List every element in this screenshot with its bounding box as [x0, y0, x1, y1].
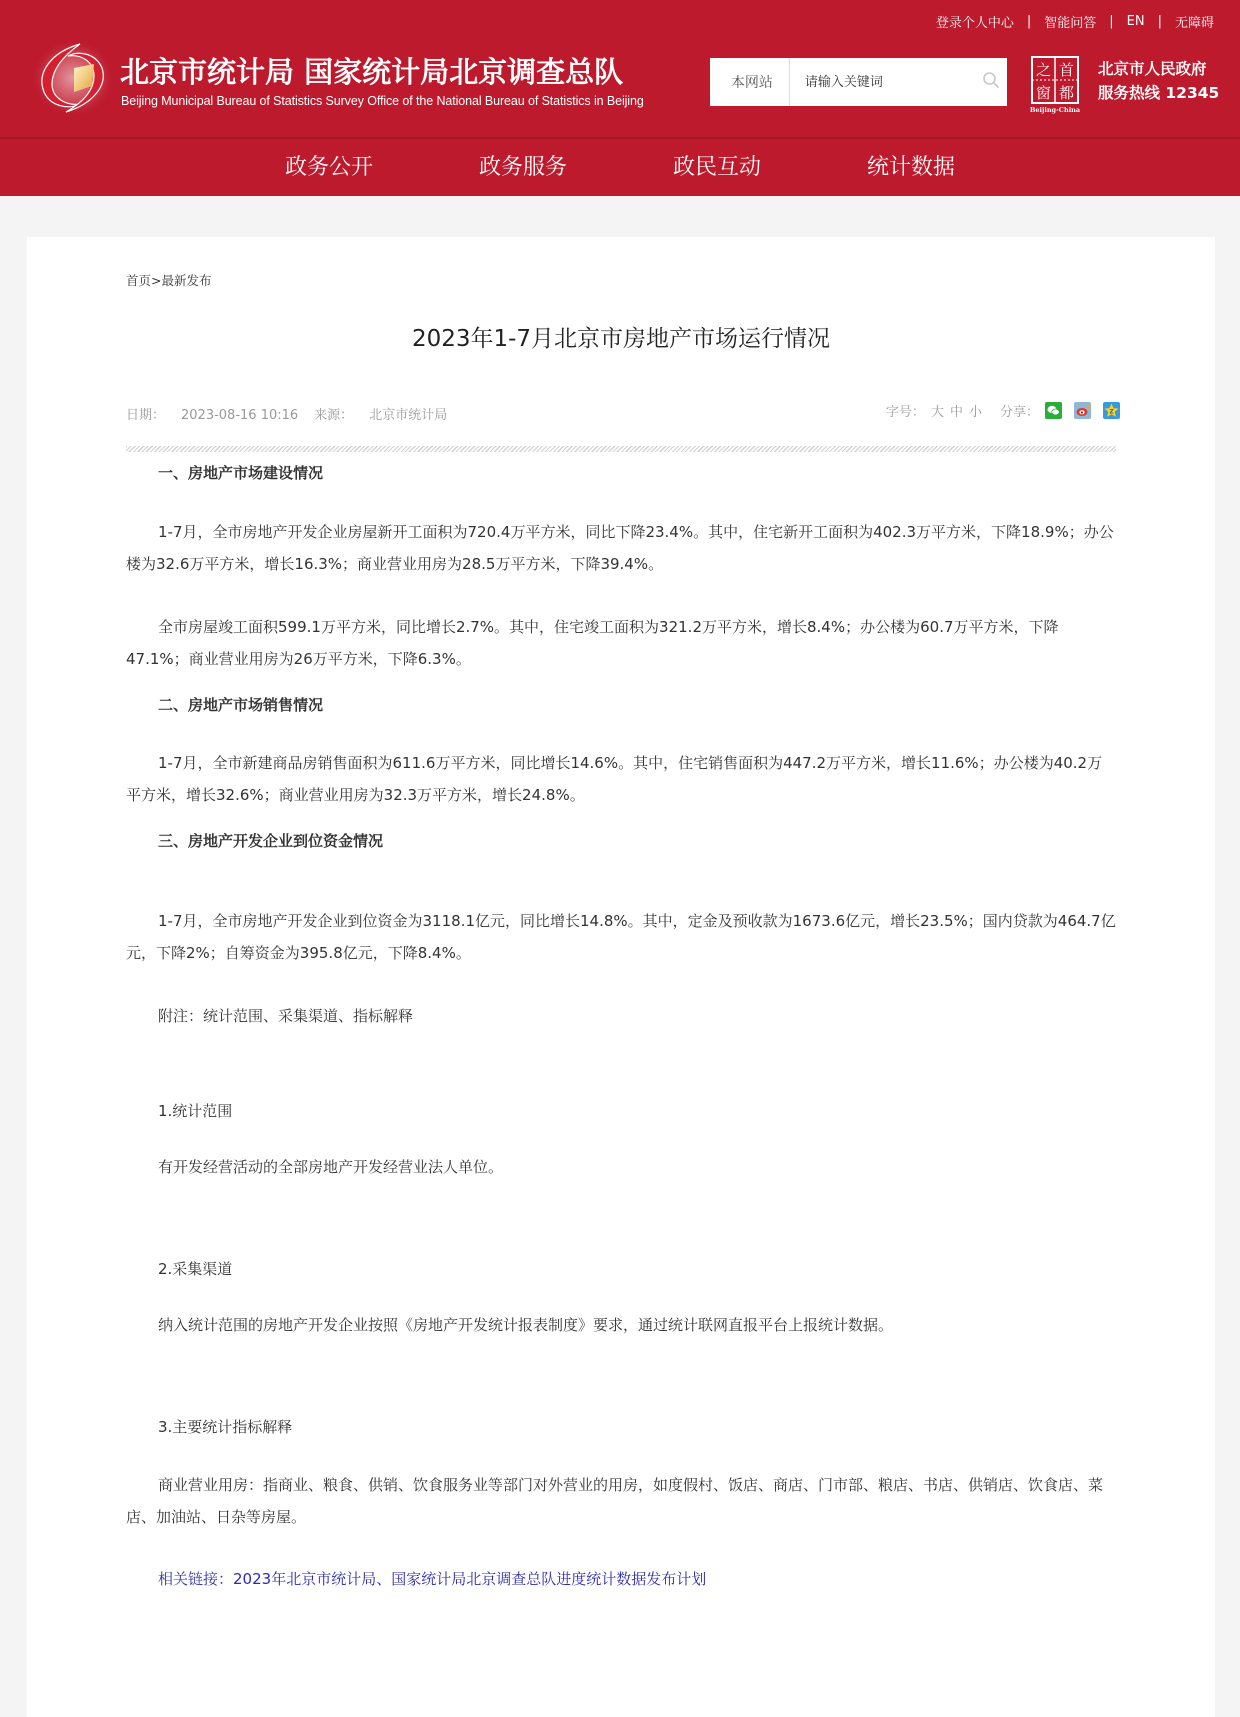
section-heading: 三、房地产开发企业到位资金情况: [158, 825, 383, 857]
font-size-small[interactable]: 小: [969, 401, 982, 420]
english-link[interactable]: EN: [1127, 14, 1145, 29]
font-size-medium[interactable]: 中: [950, 401, 963, 420]
breadcrumb-home[interactable]: 首页: [126, 273, 151, 288]
breadcrumb: 首页>最新发布: [126, 271, 212, 289]
svg-text:之: 之: [1036, 61, 1051, 79]
breadcrumb-current[interactable]: 最新发布: [162, 273, 212, 288]
related-links: 相关链接：2023年北京市统计局、国家统计局北京调查总队进度统计数据发布计划: [158, 1563, 706, 1595]
article-title: 2023年1-7月北京市房地产市场运行情况: [27, 320, 1215, 353]
wechat-icon[interactable]: [1045, 402, 1062, 419]
main-nav: 政务公开 政务服务 政民互动 统计数据: [0, 139, 1240, 196]
nav-item-government-services[interactable]: 政务服务: [426, 139, 620, 196]
search-scope-select[interactable]: 本网站: [710, 58, 790, 106]
section-heading: 二、房地产市场销售情况: [158, 689, 323, 721]
article-tools: 字号： 大 中 小 分享： Z: [886, 401, 1120, 420]
section-heading: 一、房地产市场建设情况: [158, 457, 323, 489]
hotline-line2: 服务热线 12345: [1098, 81, 1219, 105]
svg-text:首: 首: [1059, 61, 1074, 79]
svg-text:窗: 窗: [1036, 84, 1051, 102]
font-size-label: 字号：: [886, 401, 925, 420]
note-text: 商业营业用房：指商业、粮食、供销、饮食服务业等部门对外营业的用房，如度假村、饭店…: [126, 1469, 1116, 1533]
hotline-line1: 北京市人民政府: [1098, 57, 1219, 81]
top-link-divider: |: [1027, 14, 1031, 29]
capital-window-logo-icon[interactable]: 之 首 窗 都 Beijing-China: [1030, 56, 1082, 114]
site-header: 登录个人中心 | 智能问答 | EN | 无障碍: [0, 0, 1240, 196]
smart-qa-link[interactable]: 智能问答: [1044, 12, 1096, 31]
note-heading: 1.统计范围: [158, 1095, 232, 1127]
search-button[interactable]: [975, 58, 1007, 106]
note-text: 纳入统计范围的房地产开发企业按照《房地产开发统计报表制度》要求，通过统计联网直报…: [158, 1309, 893, 1341]
source-info: 来源：北京市统计局: [314, 408, 447, 423]
breadcrumb-separator: >: [151, 273, 161, 288]
hotline[interactable]: 北京市人民政府 服务热线 12345: [1098, 57, 1219, 105]
nav-item-statistics[interactable]: 统计数据: [814, 139, 1008, 196]
related-label: 相关链接：: [158, 1570, 233, 1588]
notes-title: 附注：统计范围、采集渠道、指标解释: [158, 1000, 413, 1032]
svg-text:Z: Z: [1109, 409, 1114, 416]
search-icon: [982, 71, 1000, 93]
site-title[interactable]: 北京市统计局 国家统计局北京调查总队: [120, 50, 623, 91]
svg-text:都: 都: [1059, 84, 1074, 102]
article-meta: 日期：2023-08-16 10:16来源：北京市统计局: [126, 404, 447, 423]
search-input[interactable]: [790, 58, 975, 106]
qzone-icon[interactable]: Z: [1103, 402, 1120, 419]
search-box: 本网站: [710, 58, 1007, 106]
top-link-divider: |: [1109, 14, 1113, 29]
top-links: 登录个人中心 | 智能问答 | EN | 无障碍: [936, 12, 1214, 30]
paragraph: 全市房屋竣工面积599.1万平方米，同比增长2.7%。其中，住宅竣工面积为321…: [126, 611, 1116, 675]
font-size-large[interactable]: 大: [931, 401, 944, 420]
note-heading: 2.采集渠道: [158, 1253, 232, 1285]
related-link[interactable]: 2023年北京市统计局、国家统计局北京调查总队进度统计数据发布计划: [233, 1570, 706, 1588]
site-subtitle: Beijing Municipal Bureau of Statistics S…: [121, 94, 644, 108]
article-card: 首页>最新发布 2023年1-7月北京市房地产市场运行情况 日期：2023-08…: [27, 237, 1215, 1717]
svg-text:Beijing-China: Beijing-China: [1030, 106, 1081, 114]
note-heading: 3.主要统计指标解释: [158, 1411, 292, 1443]
login-link[interactable]: 登录个人中心: [936, 12, 1014, 31]
hatched-divider: [126, 446, 1116, 452]
date-info: 日期：2023-08-16 10:16: [126, 408, 298, 423]
nav-item-interaction[interactable]: 政民互动: [620, 139, 814, 196]
top-link-divider: |: [1158, 14, 1162, 29]
paragraph: 1-7月，全市新建商品房销售面积为611.6万平方米，同比增长14.6%。其中，…: [126, 747, 1116, 811]
nav-item-government-affairs[interactable]: 政务公开: [232, 139, 426, 196]
share-label: 分享：: [1000, 401, 1039, 420]
accessibility-link[interactable]: 无障碍: [1175, 12, 1214, 31]
note-text: 有开发经营活动的全部房地产开发经营业法人单位。: [158, 1151, 503, 1183]
paragraph: 1-7月，全市房地产开发企业房屋新开工面积为720.4万平方米，同比下降23.4…: [126, 516, 1116, 580]
bureau-logo-icon[interactable]: [30, 38, 116, 118]
weibo-icon[interactable]: [1074, 402, 1091, 419]
paragraph: 1-7月，全市房地产开发企业到位资金为3118.1亿元，同比增长14.8%。其中…: [126, 905, 1116, 969]
